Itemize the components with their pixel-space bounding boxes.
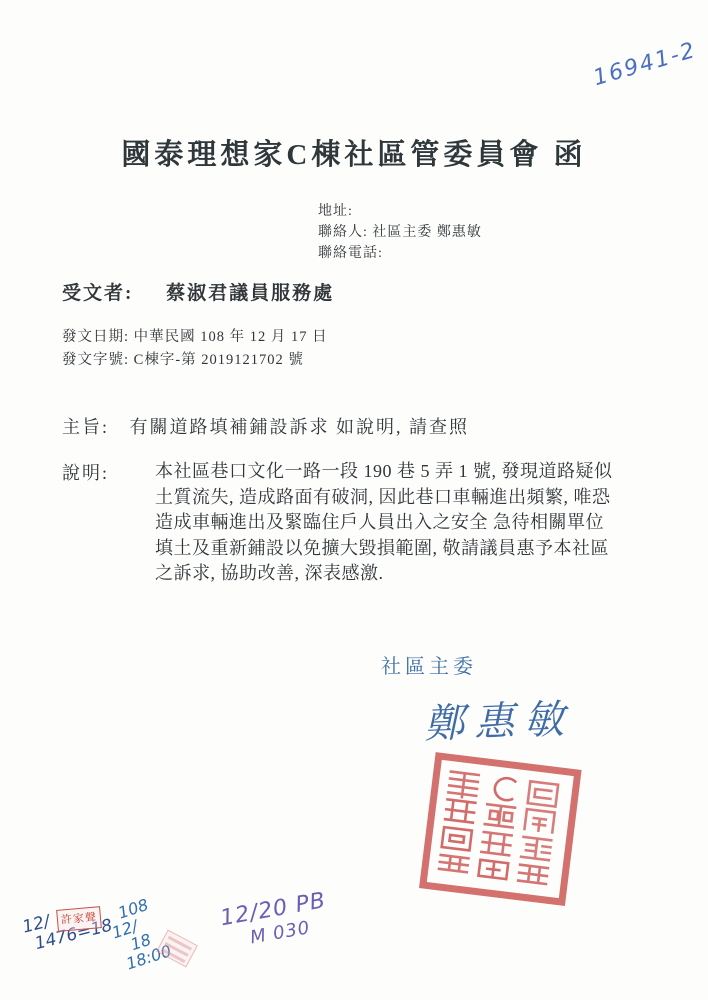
recipient-value: 蔡淑君議員服務處 <box>166 283 334 304</box>
description-line: 填土及重新鋪設以免擴大毀損範圍, 敬請議員惠予本社區 <box>155 536 635 562</box>
handwritten-note-bottom-right: 12/20 PB M 030 <box>219 889 332 955</box>
seal-icon <box>416 749 584 908</box>
issue-date-value: 中華民國 108 年 12 月 17 日 <box>134 329 328 345</box>
description-body: 本社區巷口文化一路一段 190 巷 5 弄 1 號, 發現道路疑似 土質流失, … <box>155 459 635 587</box>
letter-title: 國泰理想家C棟社區管委員會 函 <box>0 132 708 173</box>
description-line: 之訴求, 協助改善, 深表感激. <box>155 561 635 587</box>
contact-block: 地址: 聯絡人: 社區主委 鄭惠敏 聯絡電話: <box>318 201 482 264</box>
description-line: 本社區巷口文化一路一段 190 巷 5 弄 1 號, 發現道路疑似 <box>155 459 635 485</box>
address-label: 地址: <box>318 204 353 219</box>
handwritten-note-bottom-middle: 108 12/ 18 18:00 <box>103 894 174 975</box>
contact-person-line: 聯絡人: 社區主委 鄭惠敏 <box>318 222 482 243</box>
description-label: 說明: <box>62 459 109 485</box>
signature-title: 社區主委 <box>381 650 477 679</box>
issue-date-line: 發文日期: 中華民國 108 年 12 月 17 日 <box>62 325 328 346</box>
committee-seal-stamp <box>416 749 585 913</box>
recipient-label: 受文者: <box>62 283 133 304</box>
ref-number-label: 發文字號: <box>62 352 129 368</box>
scanned-letter-page: 16941-2 國泰理想家C棟社區管委員會 函 地址: 聯絡人: 社區主委 鄭惠… <box>0 0 708 1000</box>
red-name-stamp: 許家聲 <box>56 906 102 932</box>
contact-person-value: 社區主委 鄭惠敏 <box>372 225 482 240</box>
issue-date-label: 發文日期: <box>62 329 129 345</box>
contact-person-label: 聯絡人: <box>318 225 368 240</box>
description-line: 造成車輛進出及緊臨住戶人員出入之安全 急待相關單位 <box>155 510 635 536</box>
subject-label: 主旨: <box>62 417 109 437</box>
phone-line: 聯絡電話: <box>318 243 482 264</box>
address-line: 地址: <box>318 201 482 222</box>
phone-label: 聯絡電話: <box>318 246 383 261</box>
handwritten-case-number: 16941-2 <box>591 38 700 91</box>
ref-number-line: 發文字號: C棟字-第 2019121702 號 <box>62 348 304 369</box>
ref-number-value: C棟字-第 2019121702 號 <box>134 352 304 368</box>
subject-line: 主旨: 有關道路填補鋪設訴求 如說明, 請查照 <box>62 413 469 439</box>
description-line: 土質流失, 造成路面有破洞, 因此巷口車輛進出頻繁, 唯恐 <box>155 485 635 511</box>
subject-value: 有關道路填補鋪設訴求 如說明, 請查照 <box>130 417 470 437</box>
recipient-line: 受文者: 蔡淑君議員服務處 <box>62 278 334 305</box>
signature-name-handwritten: 鄭惠敏 <box>423 687 575 749</box>
